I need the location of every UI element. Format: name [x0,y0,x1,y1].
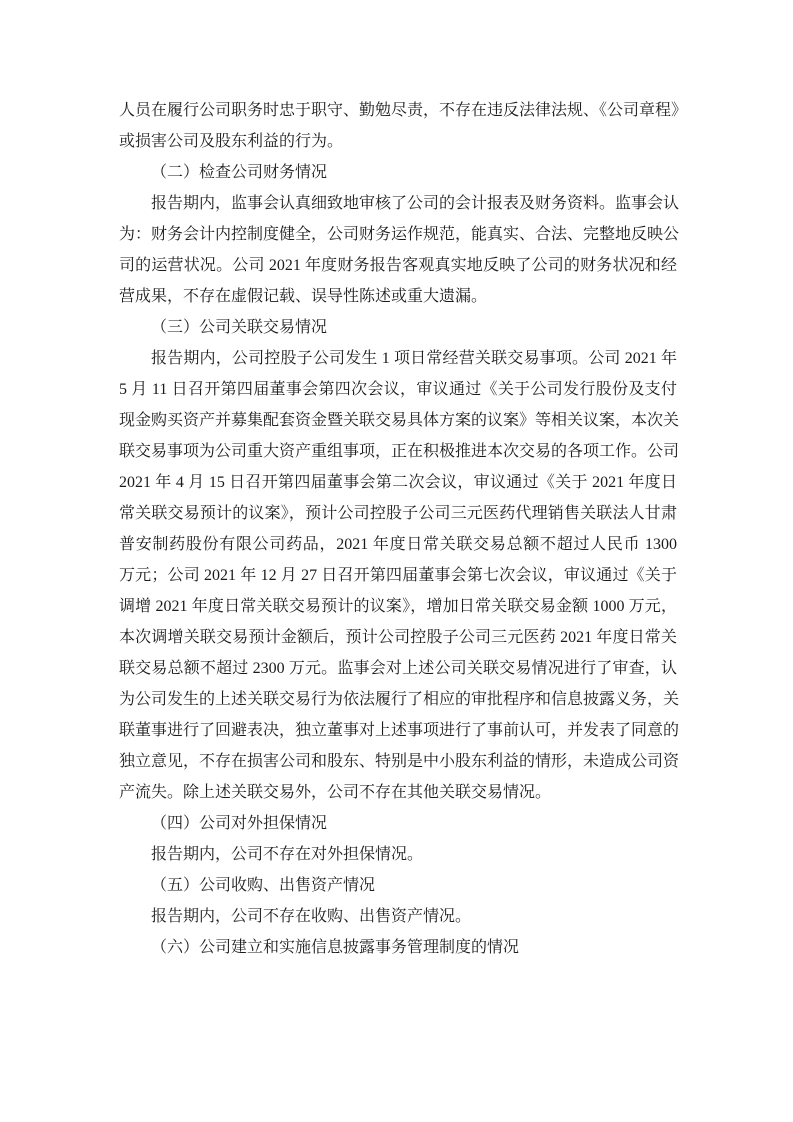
text-line: 报告期内，公司不存在对外担保情况。 [119,839,677,870]
section-heading: （四）公司对外担保情况 [119,808,677,839]
text-line: 独立意见，不存在损害公司和股东、特别是中小股东利益的情形，未造成公司资 [119,746,677,777]
text-line: 报告期内，监事会认真细致地审核了公司的会计报表及财务资料。监事会认 [119,188,677,219]
text-line: 报告期内，公司不存在收购、出售资产情况。 [119,901,677,932]
section-heading: （六）公司建立和实施信息披露事务管理制度的情况 [119,932,677,963]
text-line: 或损害公司及股东利益的行为。 [119,126,677,157]
text-line: 5 月 11 日召开第四届董事会第四次会议，审议通过《关于公司发行股份及支付 [119,374,677,405]
text-line: 人员在履行公司职务时忠于职守、勤勉尽责，不存在违反法律法规、《公司章程》 [119,95,677,126]
text-line: 产流失。除上述关联交易外，公司不存在其他关联交易情况。 [119,777,677,808]
text-line: 联交易总额不超过 2300 万元。监事会对上述公司关联交易情况进行了审查，认 [119,653,677,684]
text-line: 万元；公司 2021 年 12 月 27 日召开第四届董事会第七次会议，审议通过… [119,560,677,591]
text-line: 常关联交易预计的议案》，预计公司控股子公司三元医药代理销售关联法人甘肃 [119,498,677,529]
text-line: 现金购买资产并募集配套资金暨关联交易具体方案的议案》等相关议案，本次关 [119,405,677,436]
section-heading: （五）公司收购、出售资产情况 [119,870,677,901]
document-page: 人员在履行公司职务时忠于职守、勤勉尽责，不存在违反法律法规、《公司章程》 或损害… [0,0,793,1122]
text-line: 联董事进行了回避表决，独立董事对上述事项进行了事前认可，并发表了同意的 [119,715,677,746]
page-body-text: 人员在履行公司职务时忠于职守、勤勉尽责，不存在违反法律法规、《公司章程》 或损害… [119,95,677,963]
text-line: 2021 年 4 月 15 日召开第四届董事会第二次会议，审议通过《关于 202… [119,467,677,498]
text-line: 联交易事项为公司重大资产重组事项，正在积极推进本次交易的各项工作。公司 [119,436,677,467]
text-line: 司的运营状况。公司 2021 年度财务报告客观真实地反映了公司的财务状况和经 [119,250,677,281]
section-heading: （三）公司关联交易情况 [119,312,677,343]
text-line: 普安制药股份有限公司药品，2021 年度日常关联交易总额不超过人民币 1300 [119,529,677,560]
section-heading: （二）检查公司财务情况 [119,157,677,188]
text-line: 为公司发生的上述关联交易行为依法履行了相应的审批程序和信息披露义务，关 [119,684,677,715]
text-line: 报告期内，公司控股子公司发生 1 项日常经营关联交易事项。公司 2021 年 [119,343,677,374]
text-line: 调增 2021 年度日常关联交易预计的议案》，增加日常关联交易金额 1000 万… [119,591,677,622]
text-line: 本次调增关联交易预计金额后，预计公司控股子公司三元医药 2021 年度日常关 [119,622,677,653]
text-line: 为：财务会计内控制度健全，公司财务运作规范，能真实、合法、完整地反映公 [119,219,677,250]
text-line: 营成果，不存在虚假记载、误导性陈述或重大遗漏。 [119,281,677,312]
